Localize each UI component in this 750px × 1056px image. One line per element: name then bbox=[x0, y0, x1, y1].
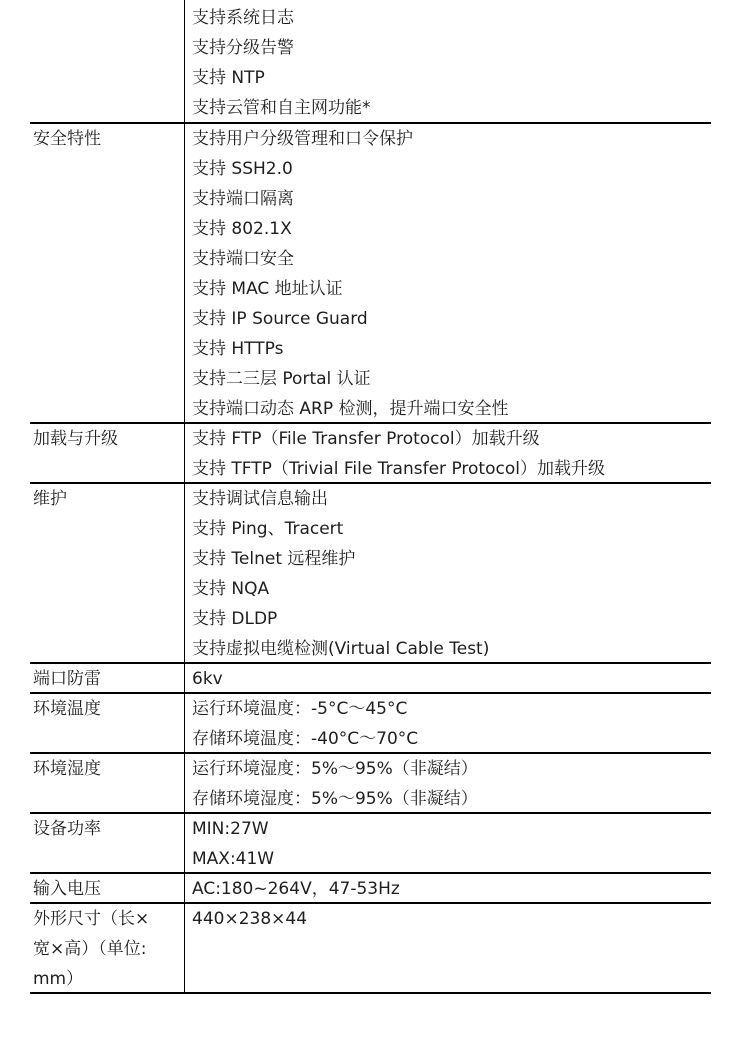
value-line: 支持 IP Source Guard bbox=[192, 304, 711, 334]
value-line: 支持 HTTPs bbox=[192, 334, 711, 364]
row-values: 6kv bbox=[185, 664, 711, 692]
value-line: 存储环境湿度：5%～95%（非凝结） bbox=[192, 784, 711, 814]
value-line: 支持 SSH2.0 bbox=[192, 154, 711, 184]
row-values: 运行环境温度：-5°C～45°C 存储环境温度：-40°C～70°C bbox=[185, 694, 711, 752]
row-values: 440×238×44 bbox=[185, 904, 711, 992]
value-line: 支持分级告警 bbox=[192, 33, 711, 63]
value-line: 支持 FTP（File Transfer Protocol）加载升级 bbox=[192, 424, 711, 454]
value-line: 支持调试信息输出 bbox=[192, 484, 711, 514]
value-line: 支持 MAC 地址认证 bbox=[192, 274, 711, 304]
row-values: AC:180~264V，47-53Hz bbox=[185, 874, 711, 902]
value-line: 支持 802.1X bbox=[192, 214, 711, 244]
value-line: 支持 TFTP（Trivial File Transfer Protocol）加… bbox=[192, 454, 711, 484]
table-row-upgrade: 加载与升级 支持 FTP（File Transfer Protocol）加载升级… bbox=[30, 424, 711, 484]
table-row-humidity: 环境湿度 运行环境湿度：5%～95%（非凝结） 存储环境湿度：5%～95%（非凝… bbox=[30, 754, 711, 814]
value-line: 支持端口动态 ARP 检测，提升端口安全性 bbox=[192, 394, 711, 424]
value-line: 支持 DLDP bbox=[192, 604, 711, 634]
table-row-dimensions: 外形尺寸（长× 宽×高）（单位: mm） 440×238×44 bbox=[30, 904, 711, 994]
row-values: 支持调试信息输出 支持 Ping、Tracert 支持 Telnet 远程维护 … bbox=[185, 484, 711, 662]
value-line: MAX:41W bbox=[192, 844, 711, 874]
value-line: 支持 Ping、Tracert bbox=[192, 514, 711, 544]
row-label: 设备功率 bbox=[30, 814, 185, 872]
value-line: AC:180~264V，47-53Hz bbox=[192, 874, 711, 904]
table-row-power: 设备功率 MIN:27W MAX:41W bbox=[30, 814, 711, 874]
row-label: 输入电压 bbox=[30, 874, 185, 902]
value-line: 6kv bbox=[192, 664, 711, 694]
row-values: 支持系统日志 支持分级告警 支持 NTP 支持云管和自主网功能* bbox=[185, 0, 711, 122]
spec-table: 支持系统日志 支持分级告警 支持 NTP 支持云管和自主网功能* 安全特性 支持… bbox=[30, 0, 711, 994]
row-label: 外形尺寸（长× 宽×高）（单位: mm） bbox=[30, 904, 185, 992]
value-line: 存储环境温度：-40°C～70°C bbox=[192, 724, 711, 754]
table-row-temperature: 环境温度 运行环境温度：-5°C～45°C 存储环境温度：-40°C～70°C bbox=[30, 694, 711, 754]
row-label bbox=[30, 0, 185, 122]
table-row-input-voltage: 输入电压 AC:180~264V，47-53Hz bbox=[30, 874, 711, 904]
value-line: 支持二三层 Portal 认证 bbox=[192, 364, 711, 394]
row-values: 支持 FTP（File Transfer Protocol）加载升级 支持 TF… bbox=[185, 424, 711, 482]
table-row-lightning-protection: 端口防雷 6kv bbox=[30, 664, 711, 694]
value-line: 支持端口安全 bbox=[192, 244, 711, 274]
value-line: 支持云管和自主网功能* bbox=[192, 93, 711, 123]
row-label: 维护 bbox=[30, 484, 185, 662]
value-line: 运行环境温度：-5°C～45°C bbox=[192, 694, 711, 724]
row-label: 安全特性 bbox=[30, 124, 185, 422]
value-line: 支持虚拟电缆检测(Virtual Cable Test) bbox=[192, 634, 711, 664]
value-line: 支持 Telnet 远程维护 bbox=[192, 544, 711, 574]
row-label: 环境湿度 bbox=[30, 754, 185, 812]
value-line: 运行环境湿度：5%～95%（非凝结） bbox=[192, 754, 711, 784]
value-line: MIN:27W bbox=[192, 814, 711, 844]
row-label: 环境温度 bbox=[30, 694, 185, 752]
table-row-security: 安全特性 支持用户分级管理和口令保护 支持 SSH2.0 支持端口隔离 支持 8… bbox=[30, 124, 711, 424]
value-line: 支持 NQA bbox=[192, 574, 711, 604]
row-label: 加载与升级 bbox=[30, 424, 185, 482]
value-line: 440×238×44 bbox=[192, 904, 711, 934]
row-values: MIN:27W MAX:41W bbox=[185, 814, 711, 872]
value-line: 支持 NTP bbox=[192, 63, 711, 93]
table-row-management: 支持系统日志 支持分级告警 支持 NTP 支持云管和自主网功能* bbox=[30, 0, 711, 124]
value-line: 支持用户分级管理和口令保护 bbox=[192, 124, 711, 154]
row-values: 支持用户分级管理和口令保护 支持 SSH2.0 支持端口隔离 支持 802.1X… bbox=[185, 124, 711, 422]
row-label: 端口防雷 bbox=[30, 664, 185, 692]
value-line: 支持端口隔离 bbox=[192, 184, 711, 214]
row-values: 运行环境湿度：5%～95%（非凝结） 存储环境湿度：5%～95%（非凝结） bbox=[185, 754, 711, 812]
value-line: 支持系统日志 bbox=[192, 3, 711, 33]
table-row-maintenance: 维护 支持调试信息输出 支持 Ping、Tracert 支持 Telnet 远程… bbox=[30, 484, 711, 664]
